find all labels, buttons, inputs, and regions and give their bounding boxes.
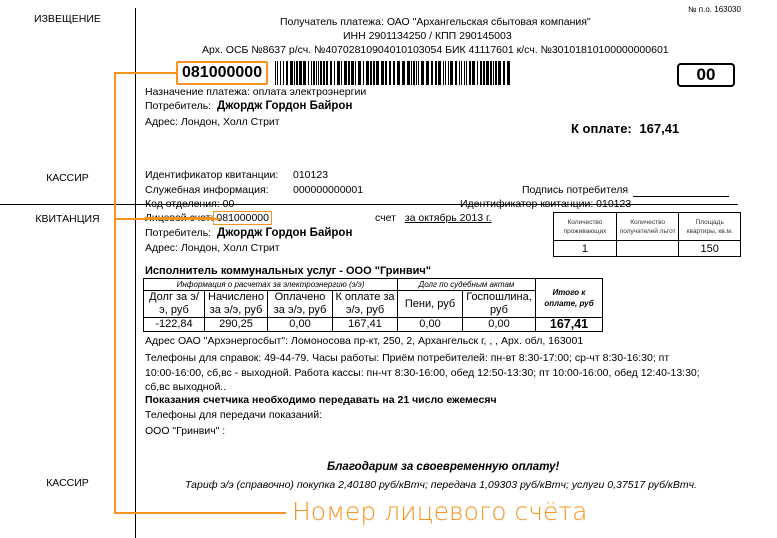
group-header-court-debt: Долг по судебным актам [398,279,536,291]
provider-phone: ООО "Гринвич" : [145,425,225,437]
vertical-divider [135,8,136,538]
tariff-info: Тариф э/э (справочно) покупка 2,40180 ру… [185,479,697,491]
branch-code: Код отделения: 00 [145,198,234,210]
total-header: Итого к оплате, руб [536,279,603,318]
col-debt: Долг за э/э, руб [144,291,205,318]
bill-label: счет [375,212,396,224]
annotation-connector-top [114,72,176,74]
phones-line-2: 10:00-16:00, сб,вс - выходной. Работа ка… [145,367,700,379]
notice-label: ИЗВЕЩЕНИЕ [0,13,135,25]
col-charged: Начислено за э/э, руб [205,291,268,318]
col-penalty: Пени, руб [398,291,463,318]
val-total: 167,41 [536,318,603,332]
service-provider: Исполнитель коммунальных услуг - ООО "Гр… [145,265,431,277]
val-fee: 0,00 [463,318,536,332]
annotation-connector-vertical [114,72,116,513]
bill-period-value: за октябрь 2013 г. [405,212,492,224]
receipt-consumer-label: Потребитель: [145,227,211,239]
annotation-label: Номер лицевого счёта [292,497,587,526]
stats-header-residents: Количество проживающих [554,213,617,241]
group-header-electricity: Информация о расчетах за электроэнергию … [144,279,398,291]
col-to-pay: К оплате за э/э, руб [333,291,398,318]
amount-due-value: 167,41 [639,121,679,136]
val-charged: 290,25 [205,318,268,332]
consumer-address: Адрес: Лондон, Холл Стрит [145,116,280,128]
consumer-label: Потребитель: [145,100,211,112]
phones-line-1: Телефоны для справок: 49-44-79. Часы раб… [145,352,669,364]
val-paid: 0,00 [268,318,333,332]
stats-header-benefits: Количество получателей льгот [616,213,678,241]
service-info-value: 000000000001 [293,184,363,196]
service-info-label: Служебная информация: [145,184,269,196]
receipt-consumer: Потребитель: Джордж Гордон Байрон [145,227,352,239]
meter-notice: Показания счетчика необходимо передавать… [145,394,497,406]
company-address: Адрес ОАО "Архэнергосбыт": Ломоносова пр… [145,335,583,347]
receipt-consumer-name: Джордж Гордон Байрон [217,227,352,239]
consumer-name: Джордж Гордон Байрон [217,100,352,112]
calculation-table: Информация о расчетах за электроэнергию … [143,278,603,332]
inn-kpp: ИНН 2901134250 / КПП 290145003 [343,30,512,42]
receipt-id-value: 010123 [293,169,328,181]
bill-period: счет за октябрь 2013 г. [375,212,491,224]
signature-line [633,184,729,197]
household-stats-table: Количество проживающих Количество получа… [553,212,741,257]
annotation-connector-middle [114,218,220,220]
consumer: Потребитель: Джордж Гордон Байрон [145,100,352,112]
col-paid: Оплачено за э/э, руб [268,291,333,318]
receipt-address: Адрес: Лондон, Холл Стрит [145,242,280,254]
val-debt: -122,84 [144,318,205,332]
val-to-pay: 167,41 [333,318,398,332]
payment-purpose: Назначение платежа: оплата электроэнерги… [145,86,366,98]
col-fee: Госпошлина, руб [463,291,536,318]
signature-field: Подпись потребителя [522,184,729,197]
barcode [275,61,510,85]
phones-line-3: сб,вс выходной.. [145,381,226,393]
val-penalty: 0,00 [398,318,463,332]
receipt-id-label: Идентификатор квитанции: [145,169,278,181]
receipt-id: Идентификатор квитанции: 010123 [460,198,631,210]
thanks-message: Благодарим за своевременную оплату! [327,461,559,473]
recipient: Получатель платежа: ОАО "Архангельская с… [280,16,591,28]
stats-header-area: Площадь квартиры, кв.м. [679,213,741,241]
stats-area: 150 [679,241,741,257]
account-number-highlight-small: 081000000 [213,211,272,225]
code-box: 00 [677,63,735,87]
post-office-number: № п.о. 163030 [688,5,741,14]
stats-residents: 1 [554,241,617,257]
annotation-connector-bottom [114,512,286,514]
bank-details: Арх. ОСБ №8637 р/сч. №407028109040101030… [202,44,669,56]
amount-due-label: К оплате: [571,121,632,136]
signature-label: Подпись потребителя [522,184,628,196]
amount-due: К оплате: 167,41 [571,121,679,136]
account-number-highlight: 081000000 [176,61,268,85]
meter-phones: Телефоны для передачи показаний: [145,409,322,421]
stats-benefits [616,241,678,257]
